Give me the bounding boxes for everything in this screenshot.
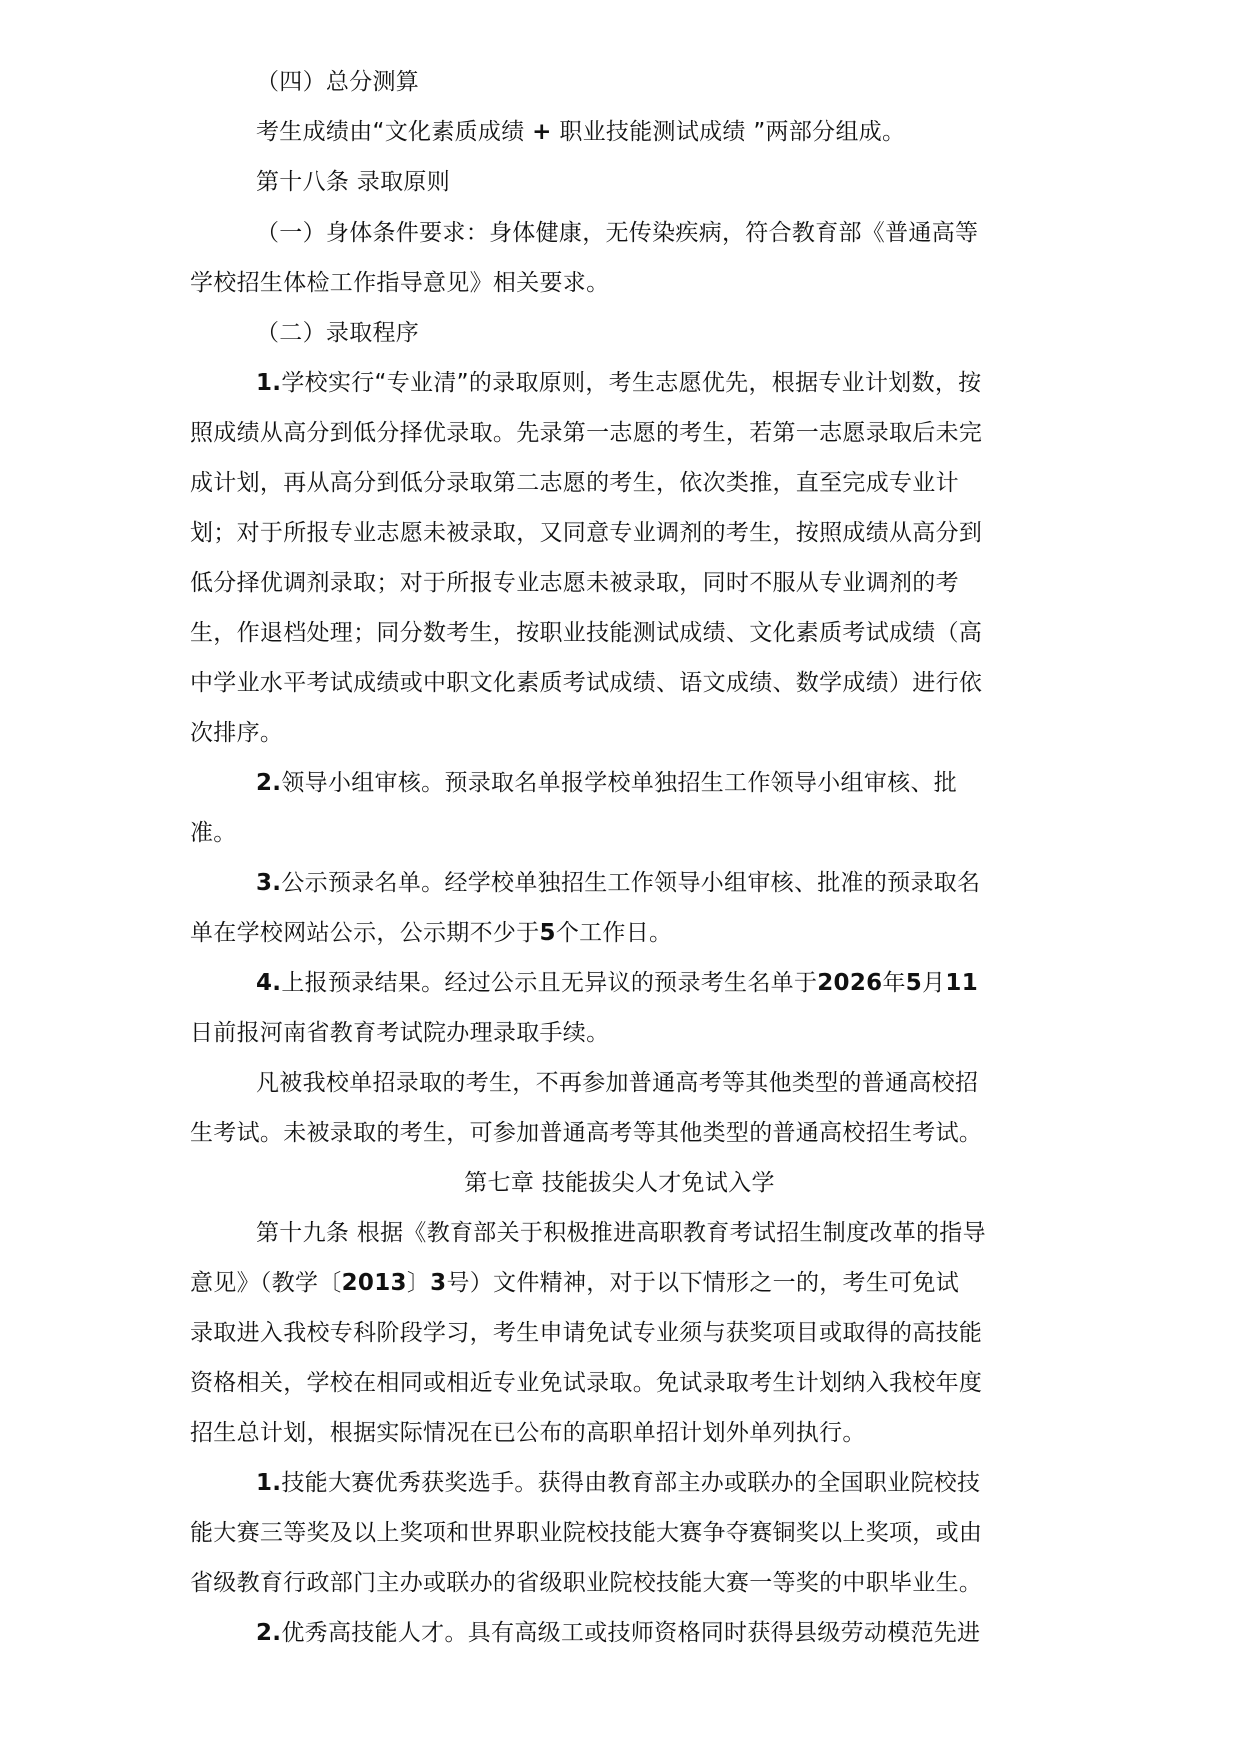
text-segment: （一）身体条件要求：身体健康，无传染疾病，符合教育部《普通高等 [256, 220, 978, 246]
text-line: 1.技能大赛优秀获奖选手。获得由教育部主办或联办的全国职业院校技 [256, 1468, 980, 1498]
bold-number: + [532, 119, 552, 145]
text-line: 3.公示预录名单。经学校单独招生工作领导小组审核、批准的预录取名 [256, 868, 980, 898]
text-segment: 〕 [407, 1270, 430, 1296]
text-line: 资格相关，学校在相同或相近专业免试录取。免试录取考生计划纳入我校年度 [190, 1368, 982, 1398]
text-line: （一）身体条件要求：身体健康，无传染疾病，符合教育部《普通高等 [256, 218, 978, 248]
text-segment: 第七章 技能拔尖人才免试入学 [464, 1170, 775, 1196]
text-segment: 次排序。 [190, 720, 283, 746]
text-line: （二）录取程序 [256, 318, 419, 348]
text-line: 日前报河南省教育考试院办理录取手续。 [190, 1018, 609, 1048]
text-segment: 生考试。未被录取的考生，可参加普通高考等其他类型的普通高校招生考试。 [190, 1120, 982, 1146]
text-line: 1.学校实行“专业清”的录取原则，考生志愿优先，根据专业计划数，按 [256, 368, 981, 398]
text-segment: 技能大赛优秀获奖选手。获得由教育部主办或联办的全国职业院校技 [281, 1470, 980, 1496]
text-line: 第十八条 录取原则 [256, 167, 450, 197]
text-segment: 学校实行“专业清”的录取原则，考生志愿优先，根据专业计划数，按 [281, 370, 981, 396]
text-line: 单在学校网站公示，公示期不少于5个工作日。 [190, 918, 672, 948]
text-segment: 领导小组审核。预录取名单报学校单独招生工作领导小组审核、批 [281, 770, 957, 796]
text-line: 学校招生体检工作指导意见》相关要求。 [190, 268, 609, 298]
text-segment: 单在学校网站公示，公示期不少于 [190, 920, 540, 946]
chapter-heading: 第七章 技能拔尖人才免试入学 [0, 1168, 1239, 1198]
bold-number: 2026 [817, 970, 882, 996]
text-segment: 凡被我校单招录取的考生，不再参加普通高考等其他类型的普通高校招 [256, 1070, 978, 1096]
bold-number: 5 [906, 970, 922, 996]
text-segment: 录取进入我校专科阶段学习，考生申请免试专业须与获奖项目或取得的高技能 [190, 1320, 982, 1346]
bold-number: 1. [256, 1470, 281, 1496]
text-line: 成计划，再从高分到低分录取第二志愿的考生，依次类推，直至完成专业计 [190, 468, 959, 498]
text-segment: 职业技能测试成绩 ”两部分组成。 [552, 119, 906, 145]
document-page: （四）总分测算考生成绩由“文化素质成绩 + 职业技能测试成绩 ”两部分组成。第十… [0, 0, 1239, 1754]
text-line: 意见》（教学〔2013〕3号）文件精神，对于以下情形之一的，考生可免试 [190, 1268, 959, 1298]
text-segment: 年 [882, 970, 905, 996]
text-segment: 优秀高技能人才。具有高级工或技师资格同时获得县级劳动模范先进 [281, 1620, 980, 1646]
bold-number: 5 [540, 920, 556, 946]
bold-number: 4. [256, 970, 281, 996]
text-line: 招生总计划，根据实际情况在已公布的高职单招计划外单列执行。 [190, 1418, 866, 1448]
text-line: 4.上报预录结果。经过公示且无异议的预录考生名单于2026年5月11 [256, 968, 978, 998]
text-line: 划；对于所报专业志愿未被录取，又同意专业调剂的考生，按照成绩从高分到 [190, 518, 982, 548]
text-segment: 划；对于所报专业志愿未被录取，又同意专业调剂的考生，按照成绩从高分到 [190, 520, 982, 546]
text-line: 第十九条 根据《教育部关于积极推进高职教育考试招生制度改革的指导 [256, 1218, 986, 1248]
text-segment: 省级教育行政部门主办或联办的省级职业院校技能大赛一等奖的中职毕业生。 [190, 1570, 982, 1596]
bold-number: 2013 [342, 1270, 407, 1296]
text-segment: 号）文件精神，对于以下情形之一的，考生可免试 [446, 1270, 959, 1296]
text-segment: 第十九条 根据《教育部关于积极推进高职教育考试招生制度改革的指导 [256, 1220, 986, 1246]
text-segment: 招生总计划，根据实际情况在已公布的高职单招计划外单列执行。 [190, 1420, 866, 1446]
text-segment: 学校招生体检工作指导意见》相关要求。 [190, 270, 609, 296]
text-line: 次排序。 [190, 718, 283, 748]
text-segment: 第十八条 录取原则 [256, 169, 450, 195]
text-line: 凡被我校单招录取的考生，不再参加普通高考等其他类型的普通高校招 [256, 1068, 978, 1098]
text-segment: 日前报河南省教育考试院办理录取手续。 [190, 1020, 609, 1046]
text-segment: 低分择优调剂录取；对于所报专业志愿未被录取，同时不服从专业调剂的考 [190, 570, 959, 596]
text-line: 2.优秀高技能人才。具有高级工或技师资格同时获得县级劳动模范先进 [256, 1618, 980, 1648]
text-line: 低分择优调剂录取；对于所报专业志愿未被录取，同时不服从专业调剂的考 [190, 568, 959, 598]
text-line: 中学业水平考试成绩或中职文化素质考试成绩、语文成绩、数学成绩）进行依 [190, 668, 982, 698]
text-segment: 月 [922, 970, 945, 996]
text-line: 考生成绩由“文化素质成绩 + 职业技能测试成绩 ”两部分组成。 [256, 117, 905, 147]
text-line: 照成绩从高分到低分择优录取。先录第一志愿的考生，若第一志愿录取后未完 [190, 418, 982, 448]
text-line: （四）总分测算 [256, 67, 419, 97]
text-segment: 准。 [190, 820, 237, 846]
text-segment: 资格相关，学校在相同或相近专业免试录取。免试录取考生计划纳入我校年度 [190, 1370, 982, 1396]
text-segment: 照成绩从高分到低分择优录取。先录第一志愿的考生，若第一志愿录取后未完 [190, 420, 982, 446]
text-segment: （四）总分测算 [256, 69, 419, 95]
text-segment: 公示预录名单。经学校单独招生工作领导小组审核、批准的预录取名 [281, 870, 980, 896]
text-line: 准。 [190, 818, 237, 848]
bold-number: 2. [256, 770, 281, 796]
text-segment: （二）录取程序 [256, 320, 419, 346]
text-segment: 考生成绩由“文化素质成绩 [256, 119, 532, 145]
text-line: 生考试。未被录取的考生，可参加普通高考等其他类型的普通高校招生考试。 [190, 1118, 982, 1148]
text-segment: 个工作日。 [556, 920, 673, 946]
text-segment: 成计划，再从高分到低分录取第二志愿的考生，依次类推，直至完成专业计 [190, 470, 959, 496]
text-segment: 中学业水平考试成绩或中职文化素质考试成绩、语文成绩、数学成绩）进行依 [190, 670, 982, 696]
text-segment: 上报预录结果。经过公示且无异议的预录考生名单于 [281, 970, 817, 996]
text-line: 能大赛三等奖及以上奖项和世界职业院校技能大赛争夺赛铜奖以上奖项，或由 [190, 1518, 982, 1548]
text-line: 2.领导小组审核。预录取名单报学校单独招生工作领导小组审核、批 [256, 768, 957, 798]
text-segment: 能大赛三等奖及以上奖项和世界职业院校技能大赛争夺赛铜奖以上奖项，或由 [190, 1520, 982, 1546]
text-segment: 意见》（教学〔 [190, 1270, 342, 1296]
bold-number: 2. [256, 1620, 281, 1646]
text-line: 录取进入我校专科阶段学习，考生申请免试专业须与获奖项目或取得的高技能 [190, 1318, 982, 1348]
bold-number: 1. [256, 370, 281, 396]
text-segment: 生，作退档处理；同分数考生，按职业技能测试成绩、文化素质考试成绩（高 [190, 620, 982, 646]
bold-number: 11 [945, 970, 978, 996]
bold-number: 3 [430, 1270, 446, 1296]
bold-number: 3. [256, 870, 281, 896]
text-line: 省级教育行政部门主办或联办的省级职业院校技能大赛一等奖的中职毕业生。 [190, 1568, 982, 1598]
text-line: 生，作退档处理；同分数考生，按职业技能测试成绩、文化素质考试成绩（高 [190, 618, 982, 648]
